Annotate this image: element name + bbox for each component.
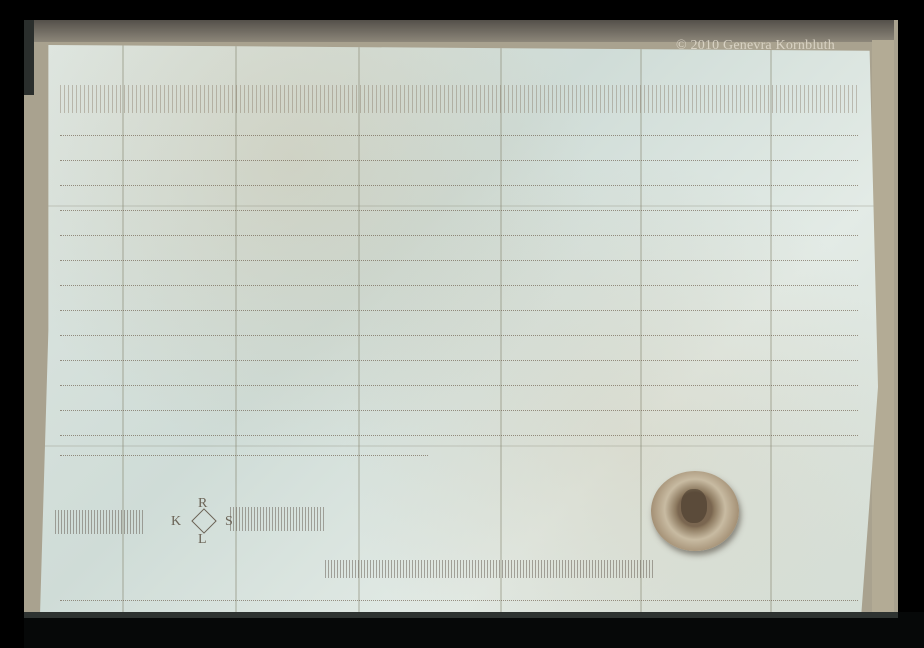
script-line [60, 360, 858, 362]
script-line [60, 135, 858, 137]
fold-line [500, 45, 502, 615]
seal-portrait [681, 489, 707, 523]
script-line [60, 335, 858, 337]
script-line [60, 310, 858, 312]
royal-monogram: R K S L [165, 500, 245, 550]
signum-line-left [55, 510, 145, 534]
monogram-letter: S [225, 514, 233, 530]
wax-seal [651, 471, 739, 551]
monogram-letter: L [198, 532, 207, 548]
monogram-letter: R [198, 496, 207, 512]
script-line [60, 435, 858, 437]
fold-line [358, 45, 360, 615]
frame-bottom-edge [24, 612, 898, 618]
frame-shadow [24, 20, 34, 95]
script-line [60, 260, 858, 262]
monogram-diamond [191, 508, 216, 533]
script-line [60, 285, 858, 287]
recognition-line [325, 560, 655, 578]
fold-line [40, 445, 878, 447]
copyright-watermark: © 2010 Genevra Kornbluth [676, 38, 835, 54]
fold-line [640, 45, 642, 615]
script-line [60, 235, 858, 237]
fold-line [770, 45, 772, 615]
script-line [60, 210, 858, 212]
script-line [60, 185, 858, 187]
script-line [60, 410, 858, 412]
dating-line [60, 600, 858, 602]
elongated-script-header [60, 85, 858, 113]
monogram-letter: K [171, 514, 181, 530]
script-line [60, 385, 858, 387]
fold-line [40, 205, 878, 207]
script-line [60, 160, 858, 162]
script-line [60, 455, 428, 457]
